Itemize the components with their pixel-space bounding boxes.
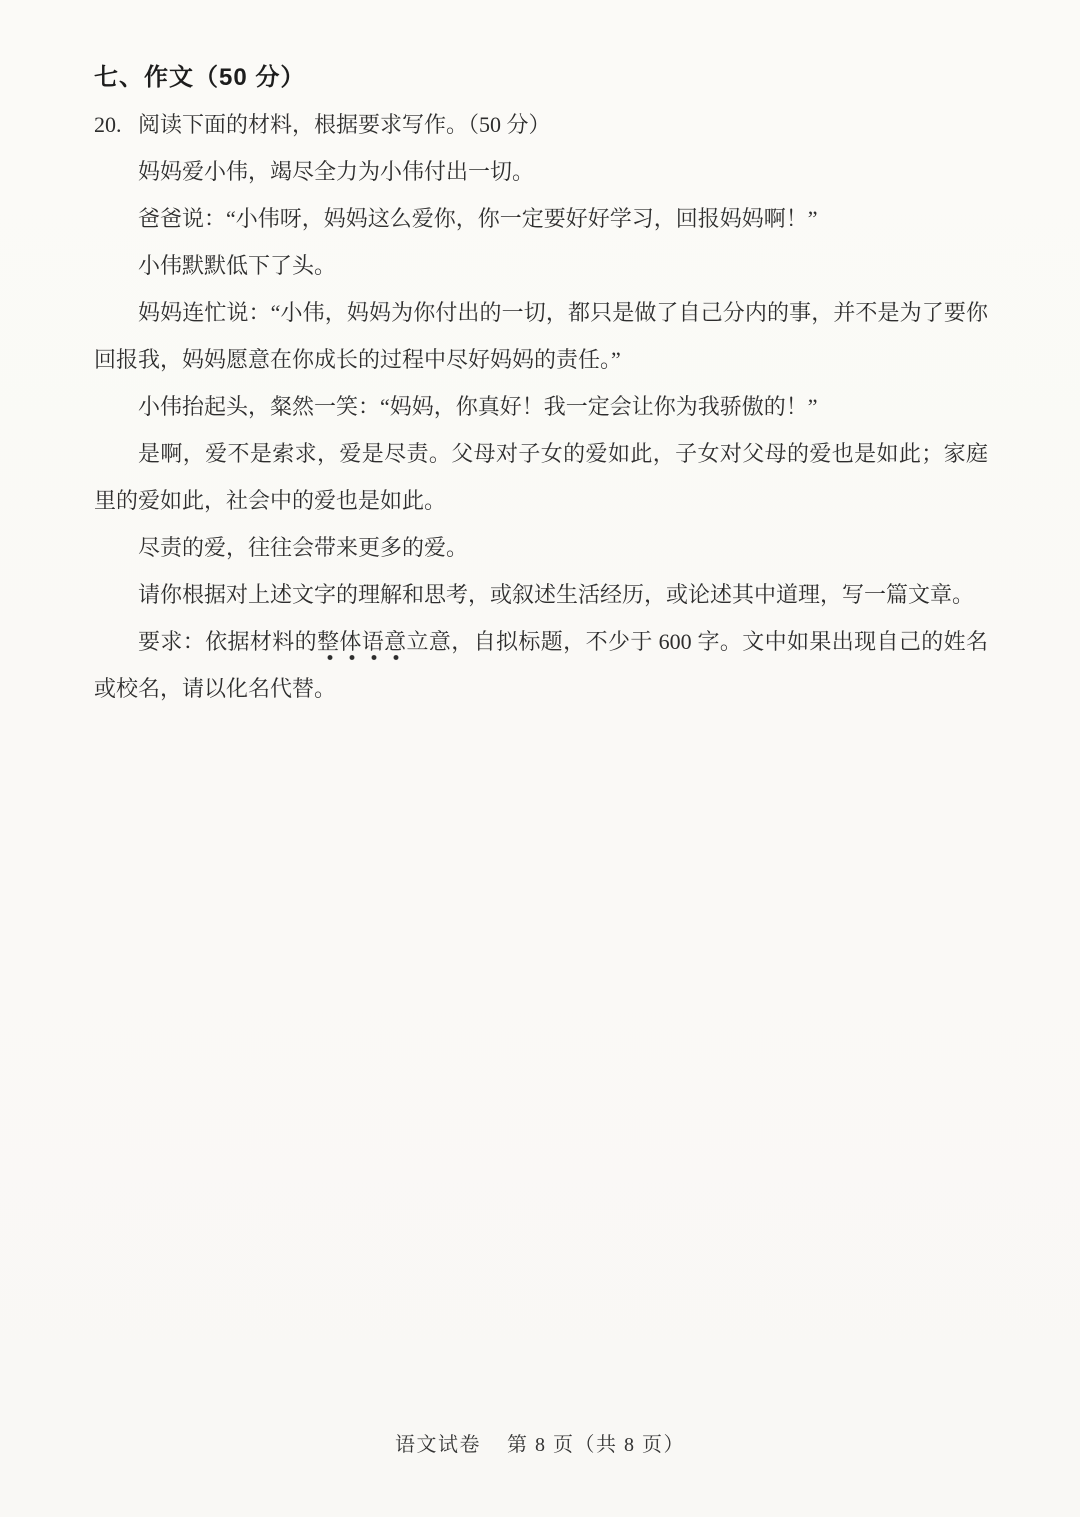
page-footer: 语文试卷第 8 页（共 8 页） <box>0 1428 1080 1457</box>
requirements-emphasized-text: 整体语意 <box>317 629 407 661</box>
page-content: 七、作文（50 分） 20.阅读下面的材料，根据要求写作。（50 分） 妈妈爱小… <box>94 54 988 712</box>
material-paragraph: 妈妈爱小伟，竭尽全力为小伟付出一切。 <box>94 148 988 195</box>
material-paragraph: 是啊，爱不是索求，爱是尽责。父母对子女的爱如此，子女对父母的爱也是如此；家庭里的… <box>94 430 988 524</box>
footer-doc-title: 语文试卷 <box>395 1434 481 1456</box>
material-paragraph: 尽责的爱，往往会带来更多的爱。 <box>94 524 988 571</box>
material-paragraph: 小伟抬起头，粲然一笑：“妈妈，你真好！我一定会让你为我骄傲的！” <box>94 383 988 430</box>
material-paragraph: 妈妈连忙说：“小伟，妈妈为你付出的一切，都只是做了自己分内的事，并不是为了要你回… <box>94 289 988 383</box>
requirements-prefix: 要求：依据材料的 <box>138 629 317 654</box>
section-heading: 七、作文（50 分） <box>94 54 988 101</box>
exam-paper-page: 七、作文（50 分） 20.阅读下面的材料，根据要求写作。（50 分） 妈妈爱小… <box>0 0 1080 1517</box>
question-line: 20.阅读下面的材料，根据要求写作。（50 分） <box>94 101 988 148</box>
footer-page-indicator: 第 8 页（共 8 页） <box>507 1434 685 1456</box>
question-text: 阅读下面的材料，根据要求写作。（50 分） <box>138 112 551 137</box>
material-paragraph: 小伟默默低下了头。 <box>94 242 988 289</box>
prompt-paragraph: 请你根据对上述文字的理解和思考，或叙述生活经历，或论述其中道理，写一篇文章。 <box>94 571 988 618</box>
requirements-paragraph: 要求：依据材料的整体语意立意，自拟标题，不少于 600 字。文中如果出现自己的姓… <box>94 618 988 712</box>
material-paragraph: 爸爸说：“小伟呀，妈妈这么爱你，你一定要好好学习，回报妈妈啊！” <box>94 195 988 242</box>
question-number: 20. <box>94 101 138 148</box>
